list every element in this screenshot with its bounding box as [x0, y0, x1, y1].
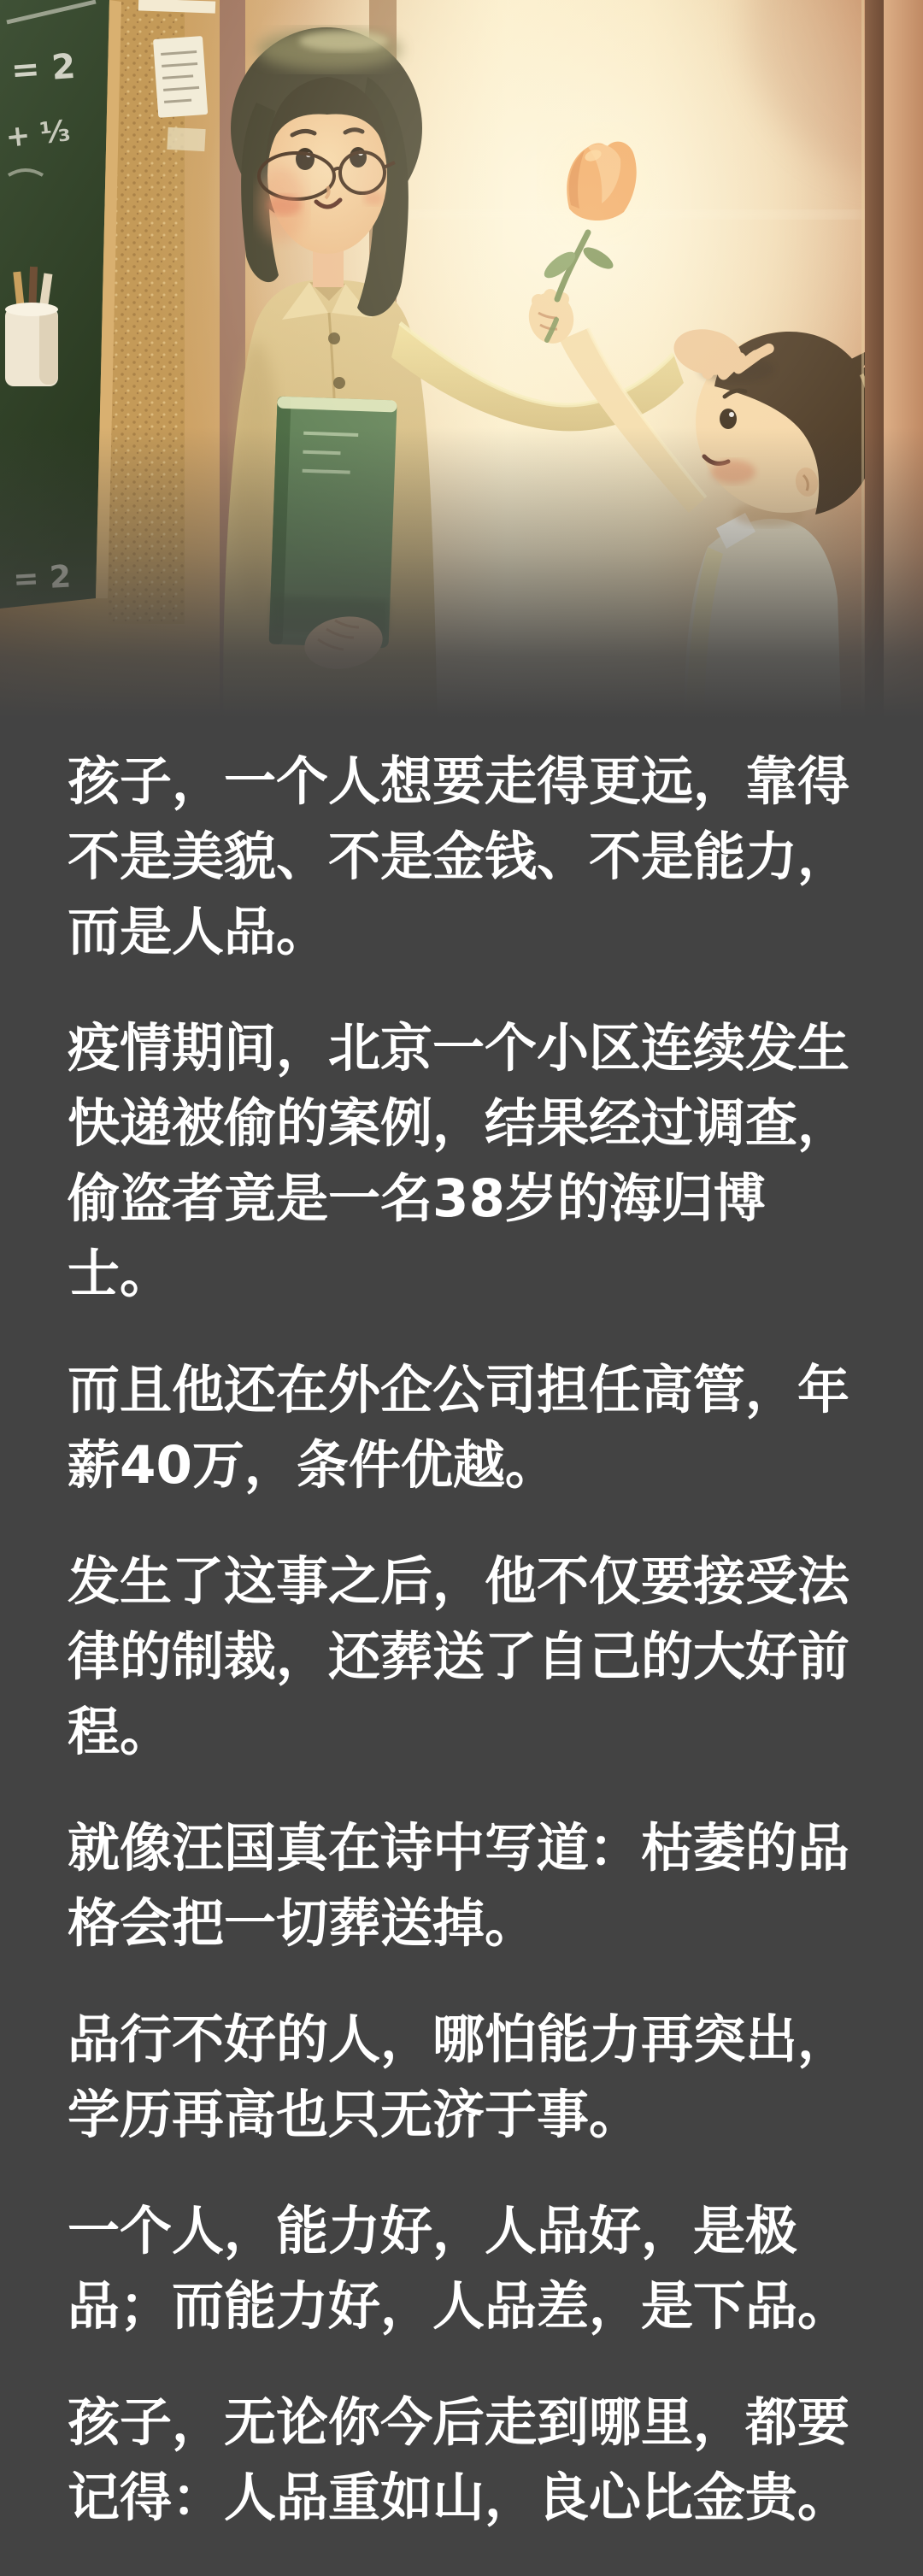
paragraph-3: 而且他还在外企公司担任高管，年薪40万，条件优越。 — [68, 1353, 858, 1503]
bottom-fade — [0, 427, 923, 733]
chalk-text-1: = 2 — [9, 47, 76, 91]
paragraph-4: 发生了这事之后，他不仅要接受法律的制裁，还葬送了自己的大好前程。 — [68, 1544, 858, 1770]
paragraph-7: 一个人，能力好，人品好，是极品；而能力好，人品差，是下品。 — [68, 2194, 858, 2344]
quote-text-block: 孩子，一个人想要走得更远，靠得不是美貌、不是金钱、不是能力，而是人品。 疫情期间… — [0, 733, 923, 2576]
paragraph-1: 孩子，一个人想要走得更远，靠得不是美貌、不是金钱、不是能力，而是人品。 — [68, 744, 858, 970]
chalk-text-2: + ⅓ — [4, 114, 72, 155]
paragraph-6: 品行不好的人，哪怕能力再突出，学历再高也只无济于事。 — [68, 2003, 858, 2153]
paragraph-8: 孩子，无论你今后走到哪里，都要记得：人品重如山，良心比金贵。 — [68, 2385, 858, 2536]
motivational-poster: = 2 + ⅓ = 2 — [0, 0, 923, 2576]
paragraph-5: 就像汪国真在诗中写道：枯萎的品格会把一切葬送掉。 — [68, 1811, 858, 1961]
classroom-illustration: = 2 + ⅓ = 2 — [0, 0, 923, 733]
classroom-scene-svg: = 2 + ⅓ = 2 — [0, 0, 923, 733]
paragraph-2: 疫情期间，北京一个小区连续发生快递被偷的案例，结果经过调查，偷盗者竟是一名38岁… — [68, 1011, 858, 1312]
